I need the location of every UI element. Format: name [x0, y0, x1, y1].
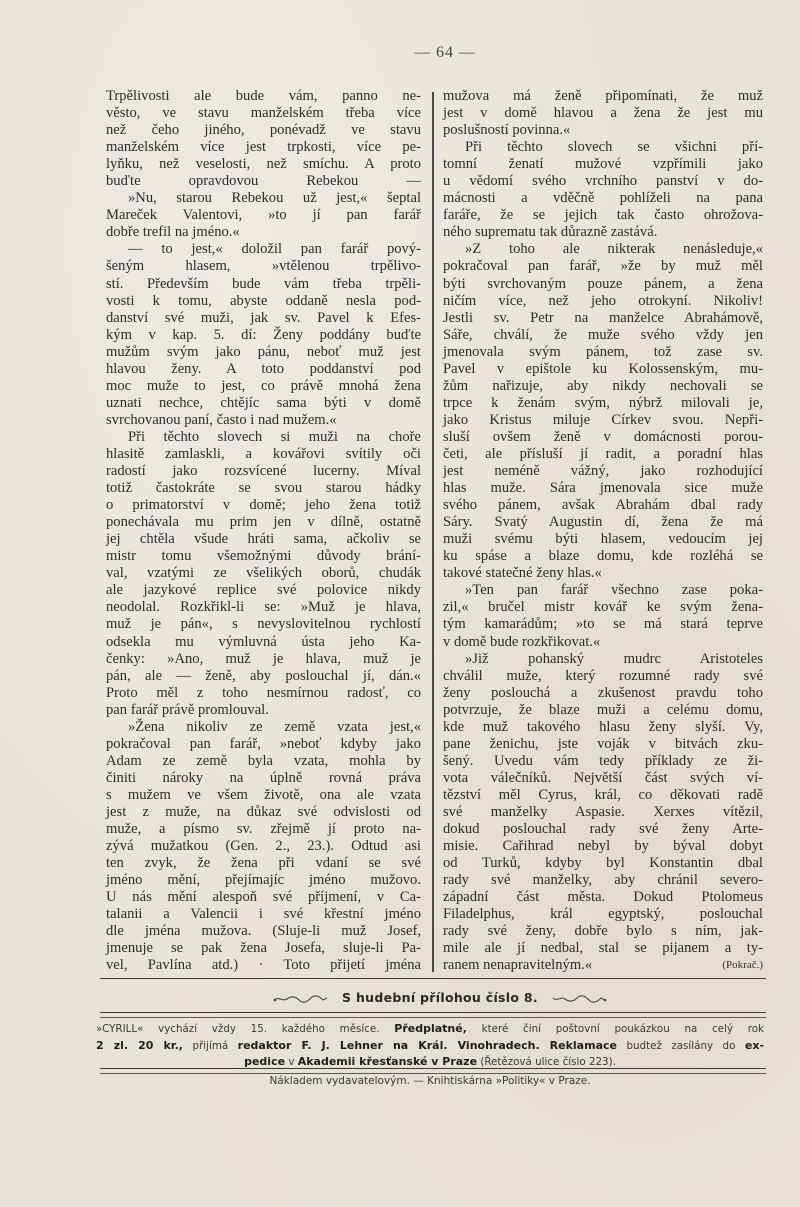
text-line: pane ženichu, jste voják v bitvách zku- [443, 736, 763, 753]
text-line: kým v kap. 5. dí: Ženy poddány buďte [106, 327, 421, 344]
text-line: Adam ze země byla vzata, mohla by [106, 753, 421, 770]
supplement-notice: S hudební přílohou číslo 8. [0, 990, 800, 1006]
text-line: svého pánem, avšak Abrahám dbal rady [443, 497, 763, 514]
text-line: mistr tomu všemožnými důvody brání- [106, 548, 421, 565]
rule-below-imprint [100, 1068, 766, 1074]
text-line: ponechávala mu prim jen v dílně, ostatně [106, 514, 421, 531]
text-line: muž je pán«, s nevyslovitelnou rychlostí [106, 616, 421, 633]
text-line: manželském více jest trpkosti, více pe- [106, 139, 421, 156]
text-line: jest z muže, na důkaz své odvislosti od [106, 804, 421, 821]
text-line: u vědomí svého vrchního panství v do- [443, 173, 763, 190]
text-line: od Turků, kdyby byl Konstantin dbal [443, 855, 763, 872]
text-line: — to jest,« doložil pan farář pový- [106, 241, 421, 258]
text-line: činiti nároky na úplně rovná práva [106, 770, 421, 787]
text-line: zil,« bručel mistr kovář ke svým žena- [443, 599, 763, 616]
text-line: pokračoval pan farář, »že by muž měl [443, 258, 763, 275]
text-line: tomní ženatí mužové vzpřímili jako [443, 156, 763, 173]
continued-tag: (Pokrač.) [722, 957, 763, 974]
text-line: své manželky Aspasie. Xerxes vítězil, [443, 804, 763, 821]
text-line: žům nařizuje, aby nikdy nechovali se [443, 378, 763, 395]
text-line: západní část města. Dokud Ptolomeus [443, 889, 763, 906]
text-line: rady své ženy, dobře bylo s ním, jak- [443, 923, 763, 940]
text-line: Sáry. Svatý Augustin dí, žena že má [443, 514, 763, 531]
text-line: jej chtěla všude hráti sama, ačkoliv se [106, 531, 421, 548]
text-line: Jestli sv. Petr na manželce Abrahámově, [443, 310, 763, 327]
text-line: pan farář právě promlouval. [106, 702, 421, 719]
text-line: danství své muži, jak sv. Pavel k Efes- [106, 310, 421, 327]
text-line: jmenuje se pak žena Josefa, sluje-li Pa- [106, 940, 421, 957]
text-line: vota válečníků. Největší část svých ví- [443, 770, 763, 787]
text-line: jméno mění, přejímajíc jméno mužovo. [106, 872, 421, 889]
text-line: neodolal. Rozkřikl-li se: »Muž je hlava, [106, 599, 421, 616]
text-line: ku spáse a blaze domu, kde rozléhá se [443, 548, 763, 565]
text-line: jest neméně vážný, jako rozhodující [443, 463, 763, 480]
text-line: šeným hlasem, »vtělenou trpělivo- [106, 258, 421, 275]
imprint-line-2: 2 zl. 20 kr., přijímá redaktor F. J. Leh… [96, 1038, 764, 1055]
text-line: čenky: »Ano, muž je hlava, muž je [106, 651, 421, 668]
column-divider [432, 92, 434, 972]
text-line: ženy poslouchá a zkušenost pravdu toho [443, 685, 763, 702]
text-line: Mareček Valentovi, »to jí pan farář [106, 207, 421, 224]
text-line: v domě bude rozkřikovat.« [443, 634, 763, 651]
text-line: svrchovanou paní, často i nad mužem.« [106, 412, 421, 429]
text-line: býti svrchovaným pouze pánem, a žena [443, 276, 763, 293]
left-column: Trpělivosti ale bude vám, panno ne-věsto… [106, 88, 421, 974]
text-line: muži svému býti hlasem, vedoucím jej [443, 531, 763, 548]
text-line: ranem nenapravitelným.«(Pokrač.) [443, 957, 763, 974]
text-line: šený. Uvedu vám tedy příklady ze ži- [443, 753, 763, 770]
text-line: četi, ale přísluší jí radit, a poradní h… [443, 446, 763, 463]
text-line: hlasitě zamlaskli, a kovářovi svítily oč… [106, 446, 421, 463]
text-line: vel, Pavlína atd.) · Toto přijetí jména [106, 957, 421, 974]
text-line: Filadelphus, král egyptský, poslouchal [443, 906, 763, 923]
text-line: mužova má ženě připomínati, že muž [443, 88, 763, 105]
text-line: chválil muže, který rozumné rady své [443, 668, 763, 685]
text-line: »Nu, starou Rebekou už jest,« šeptal [106, 190, 421, 207]
text-line: mile ale jí nedbal, stal se pijanem a ty… [443, 940, 763, 957]
text-line: Při těchto slovech si muži na choře [106, 429, 421, 446]
text-line: ného suprematu tak důrazně zastává. [443, 224, 763, 241]
text-line: »Ten pan farář všechno zase poka- [443, 582, 763, 599]
text-line: poslušností povinna.« [443, 122, 763, 139]
text-line: mužům svým jako pánu, neboť muž jest [106, 344, 421, 361]
text-line: misie. Cařihrad nebyl by býval dobyt [443, 838, 763, 855]
text-line: tým kamarádům; »to se má stará teprve [443, 616, 763, 633]
text-line: dobře trefil na jméno.« [106, 224, 421, 241]
text-line: val, vzatými ze všelikých oborů, chudák [106, 565, 421, 582]
text-line: o primatorství v domě; jeho žena totiž [106, 497, 421, 514]
text-line: Pavel v epištole ku Kolossenským, mu- [443, 361, 763, 378]
text-line: pokračoval pan farář, »neboť kdyby jako [106, 736, 421, 753]
flourish-right-icon [551, 992, 607, 1006]
text-line: buďte opravdovou Rebekou — [106, 173, 421, 190]
text-line: dokud poslouchal rady své ženy Arte- [443, 821, 763, 838]
text-line: »Z toho ale nikterak nenásleduje,« [443, 241, 763, 258]
text-line: tězství měl Cyrus, král, co děkovati rad… [443, 787, 763, 804]
text-line: s mužem ve všem životě, ona ale vzata [106, 787, 421, 804]
text-line: věsto, ve stavu manželském třeba více [106, 105, 421, 122]
text-line: Trpělivosti ale bude vám, panno ne- [106, 88, 421, 105]
text-line: dle jména mužova. (Sluje-li muž Josef, [106, 923, 421, 940]
text-line: ten zvyk, že žena při vdaní se své [106, 855, 421, 872]
printer-credit: Nákladem vydavatelovým. — Knihtiskárna »… [0, 1075, 800, 1087]
text-line: potvrzuje, že blaze muži a celému domu, [443, 702, 763, 719]
page-number: — 64 — [0, 44, 800, 62]
text-line: odsekla mu výmluvná ústa jeho Ka- [106, 634, 421, 651]
text-line: ale jazykové replice své polovice nikdy [106, 582, 421, 599]
text-line: zývá mužatkou (Gen. 2., 23.). Odtud asi [106, 838, 421, 855]
text-line: takové statečné ženy hlas.« [443, 565, 763, 582]
text-line: ničím více, než jeho otrokyní. Nikoliv! [443, 293, 763, 310]
imprint-block: »CYRILL« vychází vždy 15. každého měsíce… [96, 1021, 764, 1071]
imprint-line-1: »CYRILL« vychází vždy 15. každého měsíce… [96, 1021, 764, 1038]
flourish-left-icon [273, 992, 329, 1006]
document-page: — 64 — Trpělivosti ale bude vám, panno n… [0, 0, 800, 1207]
text-line: Sáře, chválí, že muže svého vždy jen [443, 327, 763, 344]
text-line: radostí jako rozsvícené lucerny. Míval [106, 463, 421, 480]
text-line: totiž častokráte se svou starou hádky [106, 480, 421, 497]
text-line: jako Kristus miluje Církev svou. Nepři- [443, 412, 763, 429]
text-line: jest v domě hlavou a žena že jest mu [443, 105, 763, 122]
text-line: než čeho jiného, ponévadž ve stavu [106, 122, 421, 139]
text-line: rady své manželky, aby chránil severo- [443, 872, 763, 889]
text-line: sluší ovšem ženě v domácnosti porou- [443, 429, 763, 446]
text-line: faráře, že se jejich tak často ohrožova- [443, 207, 763, 224]
text-line: muže, a písmo sv. zřejmě jí proto na- [106, 821, 421, 838]
text-line: jmenovala svým pánem, tož zase sv. [443, 344, 763, 361]
text-line: hlas muže. Sára jmenovala sice muže [443, 480, 763, 497]
text-line: Proto měl z toho nesmírnou radosť, co [106, 685, 421, 702]
text-line: talanii a Valencii i své křestní jméno [106, 906, 421, 923]
text-line: hlavou ženy. A toto poddanství pod [106, 361, 421, 378]
text-line: moc muže to jest, co právě mnohá žena [106, 378, 421, 395]
text-line: »Již pohanský mudrc Aristoteles [443, 651, 763, 668]
text-line: »Žena nikoliv ze země vzata jest,« [106, 719, 421, 736]
text-line: vosti k tomu, abyste oddaně nesla pod- [106, 293, 421, 310]
right-column: mužova má ženě připomínati, že mužjest v… [443, 88, 763, 974]
text-line: pán, ale — ženě, aby poslouchal jí, dán.… [106, 668, 421, 685]
text-line: stí. Především bude vám třeba trpěli- [106, 276, 421, 293]
text-line: mácnosti a vděčně pohlíželi na pana [443, 190, 763, 207]
text-line: kde muž takového hlasu ženy slyší. Vy, [443, 719, 763, 736]
supplement-text: S hudební přílohou číslo 8. [342, 990, 538, 1005]
text-line: U nás mění alespoň své příjmení, v Ca- [106, 889, 421, 906]
two-column-body: Trpělivosti ale bude vám, panno ne-věsto… [106, 88, 762, 980]
text-line: Při těchto slovech se všichni pří- [443, 139, 763, 156]
rule-below-columns [100, 978, 766, 979]
rule-above-imprint [100, 1012, 766, 1018]
text-line-content: ranem nenapravitelným.« [443, 957, 592, 973]
text-line: lyňku, než veselosti, než smíchu. A prot… [106, 156, 421, 173]
text-line: trpce k ženám svým, nýbrž milovali je, [443, 395, 763, 412]
text-line: uznati nechce, chtějíc sama býti v domě [106, 395, 421, 412]
